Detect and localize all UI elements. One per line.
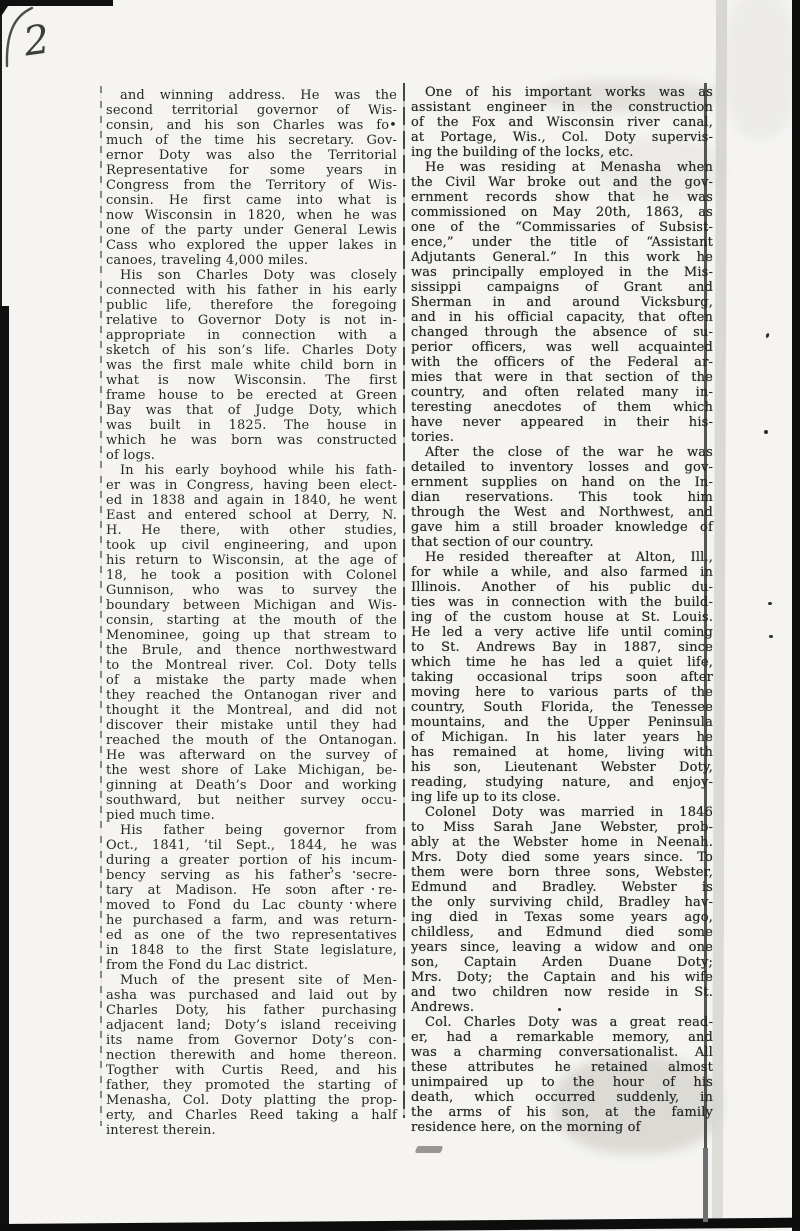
text-line: years since, leaving a widow and one: [411, 940, 713, 955]
text-line: He was residing at Menasha when: [411, 160, 713, 175]
text-line: one of the party under General Lewis: [106, 223, 397, 238]
text-line: sissippi campaigns of Grant and: [411, 280, 713, 295]
text-line: he purchased a farm, and was return-: [106, 913, 397, 928]
text-line: After the close of the war he was: [411, 445, 713, 460]
text-line: Sherman in and around Vicksburg,: [411, 295, 713, 310]
text-line: interest therein.: [106, 1123, 397, 1138]
text-line: erty, and Charles Reed taking a half: [106, 1108, 397, 1123]
text-line: ing died in Texas some years ago,: [411, 910, 713, 925]
text-line: Congress from the Territory of Wis-: [106, 178, 397, 193]
text-line: relative to Governor Doty is not in-: [106, 313, 397, 328]
ink-speck: [769, 635, 773, 638]
paragraph: In his early boyhood while his fath-er w…: [106, 463, 397, 823]
text-line: the Brule, and thence northwestward: [106, 643, 397, 658]
text-line: consin, starting at the mouth of the: [106, 613, 397, 628]
ink-speck: [330, 867, 332, 869]
text-line: asha was purchased and laid out by: [106, 988, 397, 1003]
text-line: the west shore of Lake Michigan, be-: [106, 763, 397, 778]
text-line: perior officers, was well acquainted: [411, 340, 713, 355]
text-line: of a mistake the party made when: [106, 673, 397, 688]
text-line: 18, he took a position with Colonel: [106, 568, 397, 583]
text-line: from the Fond du Lac district.: [106, 958, 397, 973]
text-line: mies that were in that section of the: [411, 370, 713, 385]
text-line: adjacent land; Doty’s island receiving: [106, 1018, 397, 1033]
text-line: ernment records show that he was: [411, 190, 713, 205]
text-line: took up civil engineering, and upon: [106, 538, 397, 553]
text-line: ing life up to its close.: [411, 790, 713, 805]
text-line: er, had a remarkable memory, and: [411, 1030, 713, 1045]
text-line: they reached the Ontanogan river and: [106, 688, 397, 703]
text-line: Togther with Curtis Reed, and his: [106, 1063, 397, 1078]
text-line: country, South Florida, the Tenessee: [411, 700, 713, 715]
paragraph: His son Charles Doty was closelyconnecte…: [106, 268, 397, 463]
text-line: public life, therefore the foregoing: [106, 298, 397, 313]
ink-speck: [765, 333, 770, 339]
text-line: Mrs. Doty died some years since. To: [411, 850, 713, 865]
text-line: the Civil War broke out and the gov-: [411, 175, 713, 190]
text-line: them were born three sons, Webster,: [411, 865, 713, 880]
left-column-rule: [100, 86, 102, 1126]
text-line: with the officers of the Federal ar-: [411, 355, 713, 370]
article-column-right: One of his important works was asassista…: [411, 85, 713, 1135]
ink-speck: [768, 602, 772, 605]
text-line: nection therewith and home thereon.: [106, 1048, 397, 1063]
paragraph: Much of the present site of Men-asha was…: [106, 973, 397, 1138]
text-line: sketch of his son’s life. Charles Doty: [106, 343, 397, 358]
text-line: and winning address. He was the: [106, 88, 397, 103]
text-line: to St. Andrews Bay in 1887, since: [411, 640, 713, 655]
text-line: Mrs. Doty; the Captain and his wife: [411, 970, 713, 985]
text-line: southward, but neither survey occu-: [106, 793, 397, 808]
center-column-rule: [403, 83, 405, 1118]
text-line: Menominee, going up that stream to: [106, 628, 397, 643]
text-line: appropriate in connection with a: [106, 328, 397, 343]
text-line: detailed to inventory losses and gov-: [411, 460, 713, 475]
text-line: the arms of his son, at the family: [411, 1105, 713, 1120]
text-line: residence here, on the morning of: [411, 1120, 713, 1135]
text-line: Menasha, Col. Doty platting the prop-: [106, 1093, 397, 1108]
bottom-edge-bar: [0, 1218, 800, 1231]
text-line: unimpaired up to the hour of his: [411, 1075, 713, 1090]
text-line: was the first male white child born in: [106, 358, 397, 373]
text-line: moved to Fond du Lac county where: [106, 898, 397, 913]
ink-speck: [372, 888, 374, 890]
text-line: have never appeared in their his-: [411, 415, 713, 430]
text-line: Charles Doty, his father purchasing: [106, 1003, 397, 1018]
text-line: of the Fox and Wisconsin river canal,: [411, 115, 713, 130]
text-line: Cass who explored the upper lakes in: [106, 238, 397, 253]
text-line: at Portage, Wis., Col. Doty supervis-: [411, 130, 713, 145]
text-line: was built in 1825. The house in: [106, 418, 397, 433]
ink-speck: [300, 886, 302, 888]
text-line: mountains, and the Upper Peninsula: [411, 715, 713, 730]
text-line: has remained at home, living with: [411, 745, 713, 760]
scan-shading: [723, 0, 798, 140]
text-line: consin. He first came into what is: [106, 193, 397, 208]
text-line: reading, studying nature, and enjoy-: [411, 775, 713, 790]
text-line: of Michigan. In his later years he: [411, 730, 713, 745]
text-line: ed as one of the two representatives: [106, 928, 397, 943]
text-line: what is now Wisconsin. The first: [106, 373, 397, 388]
text-line: these attributes he retained almost: [411, 1060, 713, 1075]
text-line: Adjutants General.” In this work he: [411, 250, 713, 265]
text-line: dian reservations. This took him: [411, 490, 713, 505]
text-line: Col. Charles Doty was a great read-: [411, 1015, 713, 1030]
text-line: was a charming conversationalist. All: [411, 1045, 713, 1060]
left-edge-strip: [0, 306, 9, 1224]
text-line: much of the time his secretary. Gov-: [106, 133, 397, 148]
right-column-rule-extension: [703, 1148, 708, 1222]
text-line: ginning at Death’s Door and working: [106, 778, 397, 793]
text-line: tary at Madison. He soon after re-: [106, 883, 397, 898]
text-line: discover their mistake until they had: [106, 718, 397, 733]
text-line: which time he has led a quiet life,: [411, 655, 713, 670]
text-line: for while a while, and also farmed in: [411, 565, 713, 580]
text-line: assistant engineer in the construction: [411, 100, 713, 115]
text-line: Colonel Doty was married in 1846: [411, 805, 713, 820]
text-line: and two children now reside in St.: [411, 985, 713, 1000]
ink-smudge: [415, 1146, 444, 1153]
text-line: teresting anecdotes of them which: [411, 400, 713, 415]
paragraph: One of his important works was asassista…: [411, 85, 713, 160]
text-line: ing the building of the locks, etc.: [411, 145, 713, 160]
text-line: and in his official capacity, that often: [411, 310, 713, 325]
text-line: canoes, traveling 4,000 miles.: [106, 253, 397, 268]
ink-speck: [306, 900, 308, 902]
text-line: death, which occurred suddenly, in: [411, 1090, 713, 1105]
text-line: was principally employed in the Mis-: [411, 265, 713, 280]
text-line: father, they promoted the starting of: [106, 1078, 397, 1093]
text-line: ernor Doty was also the Territorial: [106, 148, 397, 163]
text-line: ably at the Webster home in Neenah.: [411, 835, 713, 850]
text-line: boundary between Michigan and Wis-: [106, 598, 397, 613]
text-line: ties was in connection with the build-: [411, 595, 713, 610]
text-line: one of the “Commissaries of Subsist-: [411, 220, 713, 235]
text-line: Oct., 1841, ’til Sept., 1844, he was: [106, 838, 397, 853]
text-line: Illinois. Another of his public du-: [411, 580, 713, 595]
text-line: of logs.: [106, 448, 397, 463]
text-line: reached the mouth of the Ontanogan.: [106, 733, 397, 748]
scanned-page: 2 and winning address. He was thesecond …: [0, 0, 800, 1231]
text-line: ence,” under the title of “Assistant: [411, 235, 713, 250]
text-line: to the Montreal river. Col. Doty tells: [106, 658, 397, 673]
text-line: Much of the present site of Men-: [106, 973, 397, 988]
text-line: the only surviving child, Bradley hav-: [411, 895, 713, 910]
text-line: through the West and Northwest, and: [411, 505, 713, 520]
text-line: taking occasional trips soon after: [411, 670, 713, 685]
text-line: er was in Congress, having been elect-: [106, 478, 397, 493]
text-line: One of his important works was as: [411, 85, 713, 100]
handwritten-page-number: 2: [21, 16, 53, 65]
text-line: son, Captain Arden Duane Doty;: [411, 955, 713, 970]
text-line: second territorial governor of Wis-: [106, 103, 397, 118]
text-line: his return to Wisconsin, at the age of: [106, 553, 397, 568]
text-line: He resided thereafter at Alton, Ill.,: [411, 550, 713, 565]
text-line: ing of the custom house at St. Louis.: [411, 610, 713, 625]
ink-speck: [353, 871, 355, 873]
text-line: ernment supplies on hand on the In-: [411, 475, 713, 490]
text-line: that section of our country.: [411, 535, 713, 550]
text-line: Bay was that of Judge Doty, which: [106, 403, 397, 418]
paragraph: Col. Charles Doty was a great read-er, h…: [411, 1015, 713, 1135]
text-line: childless, and Edmund died some: [411, 925, 713, 940]
ink-speck: [303, 869, 305, 871]
text-line: connected with his father in his early: [106, 283, 397, 298]
paragraph: His father being governor fromOct., 1841…: [106, 823, 397, 973]
text-line: consin, and his son Charles was fo•: [106, 118, 397, 133]
text-line: gave him a still broader knowledge of: [411, 520, 713, 535]
paragraph: After the close of the war he wasdetaile…: [411, 445, 713, 550]
text-line: commissioned on May 20th, 1863, as: [411, 205, 713, 220]
text-line: its name from Governor Doty’s con-: [106, 1033, 397, 1048]
text-line: tories.: [411, 430, 713, 445]
text-line: Representative for some years in: [106, 163, 397, 178]
text-line: In his early boyhood while his fath-: [106, 463, 397, 478]
text-line: Andrews.: [411, 1000, 713, 1015]
ink-speck: [262, 884, 264, 886]
text-line: which he was born was constructed: [106, 433, 397, 448]
text-line: pied much time.: [106, 808, 397, 823]
text-line: moving here to various parts of the: [411, 685, 713, 700]
text-line: country, and often related many in-: [411, 385, 713, 400]
text-line: Gunnison, who was to survey the: [106, 583, 397, 598]
text-line: frame house to be erected at Green: [106, 388, 397, 403]
text-line: He was afterward on the survey of: [106, 748, 397, 763]
paragraph: He resided thereafter at Alton, Ill.,for…: [411, 550, 713, 805]
paragraph: Colonel Doty was married in 1846to Miss …: [411, 805, 713, 1015]
text-line: changed through the absence of su-: [411, 325, 713, 340]
paragraph: He was residing at Menasha whenthe Civil…: [411, 160, 713, 445]
text-line: East and entered school at Derry, N.: [106, 508, 397, 523]
text-line: thought it the Montreal, and did not: [106, 703, 397, 718]
text-line: His son Charles Doty was closely: [106, 268, 397, 283]
text-line: his son, Lieutenant Webster Doty,: [411, 760, 713, 775]
ink-speck: [342, 884, 344, 886]
text-line: His father being governor from: [106, 823, 397, 838]
text-line: during a greater portion of his incum-: [106, 853, 397, 868]
text-line: ed in 1838 and again in 1840, he went: [106, 493, 397, 508]
ink-speck: [350, 902, 352, 904]
ink-speck: [764, 430, 768, 434]
text-line: He led a very active life until coming: [411, 625, 713, 640]
right-edge-strip: [792, 0, 800, 1231]
ink-speck: [558, 1008, 561, 1011]
text-line: now Wisconsin in 1820, when he was: [106, 208, 397, 223]
text-line: Edmund and Bradley. Webster is: [411, 880, 713, 895]
text-line: H. He there, with other studies,: [106, 523, 397, 538]
paragraph: and winning address. He was thesecond te…: [106, 88, 397, 268]
text-line: in 1848 to the first State legislature,: [106, 943, 397, 958]
text-line: to Miss Sarah Jane Webster, prob-: [411, 820, 713, 835]
article-column-left: and winning address. He was thesecond te…: [106, 88, 397, 1138]
